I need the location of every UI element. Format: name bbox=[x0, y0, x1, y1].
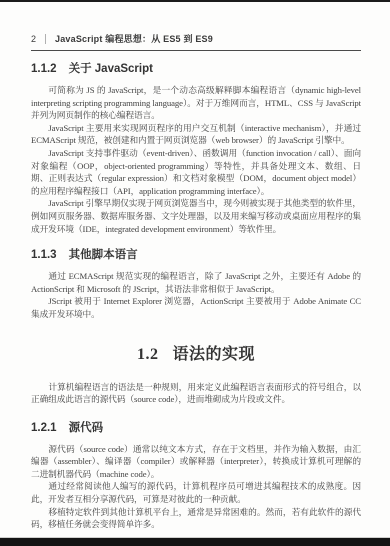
paragraph: 通过 ECMAScript 规范实现的编程语言，除了 JavaScript 之外… bbox=[31, 270, 361, 295]
section-number: 1.2.1 bbox=[31, 422, 57, 434]
scan-bottom-edge bbox=[0, 538, 390, 546]
chapter-title: 语法的实现 bbox=[172, 346, 255, 363]
chapter-heading-1-2: 1.2语法的实现 bbox=[31, 341, 361, 364]
paragraph: 通过经常阅读他人编写的源代码，计算机程序员可增进其编程技术的成熟度。因此，开发者… bbox=[31, 480, 361, 505]
paragraph: 源代码（source code）通常以纯文本方式，存在于文档里，并作为输入数据，… bbox=[31, 443, 361, 481]
paragraph: 可简称为 JS 的 JavaScript，是一个动态高级解释脚本编程语言（dyn… bbox=[31, 84, 361, 122]
page-number: 2 bbox=[31, 34, 36, 44]
paragraph: JScript 被用于 Internet Explorer 浏览器，Action… bbox=[31, 295, 361, 320]
section-heading-1-1-2: 1.1.2关于 JavaScript bbox=[31, 60, 361, 76]
running-header: 2 JavaScript 编程思想：从 ES5 到 ES9 bbox=[31, 32, 361, 51]
book-page: 2 JavaScript 编程思想：从 ES5 到 ES9 1.1.2关于 Ja… bbox=[0, 0, 390, 546]
section-title: 关于 JavaScript bbox=[69, 63, 153, 75]
paragraph: 计算机编程语言的语法是一种规则，用来定义此编程语言表面形式的符号组合，以正确组成… bbox=[31, 381, 361, 406]
paragraph: 移植特定软件到其他计算机平台上，通常是异常困难的。然而，若有此软件的源代码，移植… bbox=[31, 506, 361, 531]
scan-top-edge bbox=[0, 0, 390, 2]
paragraph: JavaScript 引擎早期仅实现于网页浏览器当中，现今则被实现于其他类型的软… bbox=[31, 197, 361, 235]
section-heading-1-1-3: 1.1.3其他脚本语言 bbox=[31, 246, 361, 262]
section-title: 源代码 bbox=[69, 422, 104, 434]
book-title: JavaScript 编程思想：从 ES5 到 ES9 bbox=[55, 32, 213, 45]
section-number: 1.1.2 bbox=[31, 63, 57, 75]
paragraph: JavaScript 支持事件驱动（event-driven）、函数调用（fun… bbox=[31, 147, 361, 197]
section-title: 其他脚本语言 bbox=[69, 249, 138, 261]
header-separator bbox=[45, 34, 46, 44]
page-content: 2 JavaScript 编程思想：从 ES5 到 ES9 1.1.2关于 Ja… bbox=[31, 32, 361, 531]
paragraph: JavaScript 主要用来实现网页程序的用户交互机制（interactive… bbox=[31, 122, 361, 147]
section-heading-1-2-1: 1.2.1源代码 bbox=[31, 419, 361, 435]
section-number: 1.1.3 bbox=[31, 249, 57, 261]
chapter-number: 1.2 bbox=[137, 346, 159, 363]
